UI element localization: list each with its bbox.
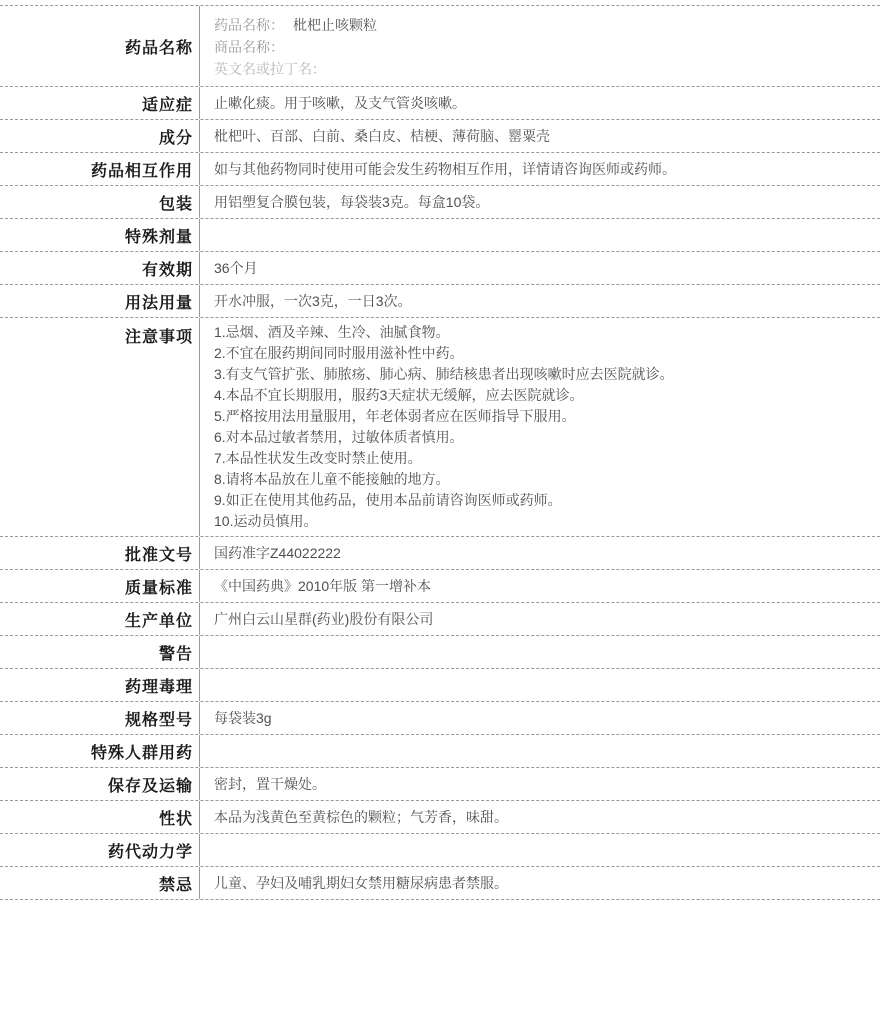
table-row-indications: 适应症 止嗽化痰。用于咳嗽，及支气管炎咳嗽。 (0, 87, 880, 120)
table-row-approval-number: 批准文号 国药准字Z44022222 (0, 537, 880, 570)
precaution-line: 2.不宜在服药期间同时服用滋补性中药。 (214, 343, 868, 364)
table-row-dosage-usage: 用法用量 开水冲服，一次3克，一日3次。 (0, 285, 880, 318)
row-label: 保存及运输 (0, 768, 200, 800)
row-label: 药代动力学 (0, 834, 200, 866)
row-label: 成分 (0, 120, 200, 152)
trade-name-label: 商品名称： (214, 36, 868, 58)
table-row-pharmacology-toxicology: 药理毒理 (0, 669, 880, 702)
precaution-line: 3.有支气管扩张、肺脓疡、肺心病、肺结核患者出现咳嗽时应去医院就诊。 (214, 364, 868, 385)
precaution-line: 10.运动员慎用。 (214, 511, 868, 532)
table-row-specification: 规格型号 每袋装3g (0, 702, 880, 735)
table-row-quality-standard: 质量标准 《中国药典》2010年版 第一增补本 (0, 570, 880, 603)
table-row-warning: 警告 (0, 636, 880, 669)
row-label: 规格型号 (0, 702, 200, 734)
row-value (200, 735, 880, 767)
row-value: 每袋装3g (200, 702, 880, 734)
table-row-characteristics: 性状 本品为浅黄色至黄棕色的颗粒；气芳香，味甜。 (0, 801, 880, 834)
precaution-line: 7.本品性状发生改变时禁止使用。 (214, 448, 868, 469)
precaution-line: 4.本品不宜长期服用，服药3天症状无缓解，应去医院就诊。 (214, 385, 868, 406)
table-row-contraindications: 禁忌 儿童、孕妇及哺乳期妇女禁用糖尿病患者禁服。 (0, 867, 880, 900)
table-row-storage-transport: 保存及运输 密封，置干燥处。 (0, 768, 880, 801)
precaution-line: 6.对本品过敏者禁用，过敏体质者慎用。 (214, 427, 868, 448)
row-value: 广州白云山星群(药业)股份有限公司 (200, 603, 880, 635)
row-value: 《中国药典》2010年版 第一增补本 (200, 570, 880, 602)
row-label: 警告 (0, 636, 200, 668)
row-label: 药品名称 (0, 6, 200, 86)
row-label: 有效期 (0, 252, 200, 284)
row-value (200, 636, 880, 668)
precautions-list: 1.忌烟、酒及辛辣、生冷、油腻食物。2.不宜在服药期间同时服用滋补性中药。3.有… (200, 318, 880, 536)
row-label: 用法用量 (0, 285, 200, 317)
precaution-line: 5.严格按用法用量服用，年老体弱者应在医师指导下服用。 (214, 406, 868, 427)
row-label: 特殊人群用药 (0, 735, 200, 767)
table-row-ingredients: 成分 枇杷叶、百部、白前、桑白皮、桔梗、薄荷脑、罂粟壳 (0, 120, 880, 153)
row-label: 生产单位 (0, 603, 200, 635)
table-row-drug-interactions: 药品相互作用 如与其他药物同时使用可能会发生药物相互作用，详情请咨询医师或药师。 (0, 153, 880, 186)
generic-name-line: 药品名称：枇杷止咳颗粒 (214, 14, 868, 36)
row-value (200, 834, 880, 866)
row-label: 禁忌 (0, 867, 200, 899)
row-value: 用铝塑复合膜包装，每袋装3克。每盒10袋。 (200, 186, 880, 218)
english-name-label: 英文名或拉丁名： (214, 58, 868, 80)
table-row-special-dosage: 特殊剂量 (0, 219, 880, 252)
table-row-packaging: 包装 用铝塑复合膜包装，每袋装3克。每盒10袋。 (0, 186, 880, 219)
row-label: 批准文号 (0, 537, 200, 569)
row-value: 如与其他药物同时使用可能会发生药物相互作用，详情请咨询医师或药师。 (200, 153, 880, 185)
row-value: 止嗽化痰。用于咳嗽，及支气管炎咳嗽。 (200, 87, 880, 119)
table-row-special-population: 特殊人群用药 (0, 735, 880, 768)
row-label: 性状 (0, 801, 200, 833)
row-value: 开水冲服，一次3克，一日3次。 (200, 285, 880, 317)
precaution-line: 8.请将本品放在儿童不能接触的地方。 (214, 469, 868, 490)
precaution-line: 1.忌烟、酒及辛辣、生冷、油腻食物。 (214, 322, 868, 343)
table-row-shelf-life: 有效期 36个月 (0, 252, 880, 285)
row-value: 36个月 (200, 252, 880, 284)
drug-name-block: 药品名称：枇杷止咳颗粒 商品名称： 英文名或拉丁名： (200, 6, 880, 86)
row-value: 本品为浅黄色至黄棕色的颗粒；气芳香，味甜。 (200, 801, 880, 833)
row-value: 枇杷叶、百部、白前、桑白皮、桔梗、薄荷脑、罂粟壳 (200, 120, 880, 152)
row-label: 适应症 (0, 87, 200, 119)
table-row-manufacturer: 生产单位 广州白云山星群(药业)股份有限公司 (0, 603, 880, 636)
row-label: 包装 (0, 186, 200, 218)
table-row-drug-name: 药品名称 药品名称：枇杷止咳颗粒 商品名称： 英文名或拉丁名： (0, 6, 880, 87)
table-row-pharmacokinetics: 药代动力学 (0, 834, 880, 867)
precaution-line: 9.如正在使用其他药品，使用本品前请咨询医师或药师。 (214, 490, 868, 511)
row-label: 特殊剂量 (0, 219, 200, 251)
row-label: 注意事项 (0, 318, 200, 536)
row-value: 儿童、孕妇及哺乳期妇女禁用糖尿病患者禁服。 (200, 867, 880, 899)
generic-name-label: 药品名称： (214, 17, 284, 33)
row-label: 药品相互作用 (0, 153, 200, 185)
table-row-precautions: 注意事项 1.忌烟、酒及辛辣、生冷、油腻食物。2.不宜在服药期间同时服用滋补性中… (0, 318, 880, 537)
row-value (200, 669, 880, 701)
drug-info-table: 药品名称 药品名称：枇杷止咳颗粒 商品名称： 英文名或拉丁名： 适应症 止嗽化痰… (0, 5, 880, 900)
row-value: 密封，置干燥处。 (200, 768, 880, 800)
row-value (200, 219, 880, 251)
row-label: 质量标准 (0, 570, 200, 602)
row-label: 药理毒理 (0, 669, 200, 701)
row-value: 国药准字Z44022222 (200, 537, 880, 569)
generic-name-value: 枇杷止咳颗粒 (293, 17, 377, 33)
